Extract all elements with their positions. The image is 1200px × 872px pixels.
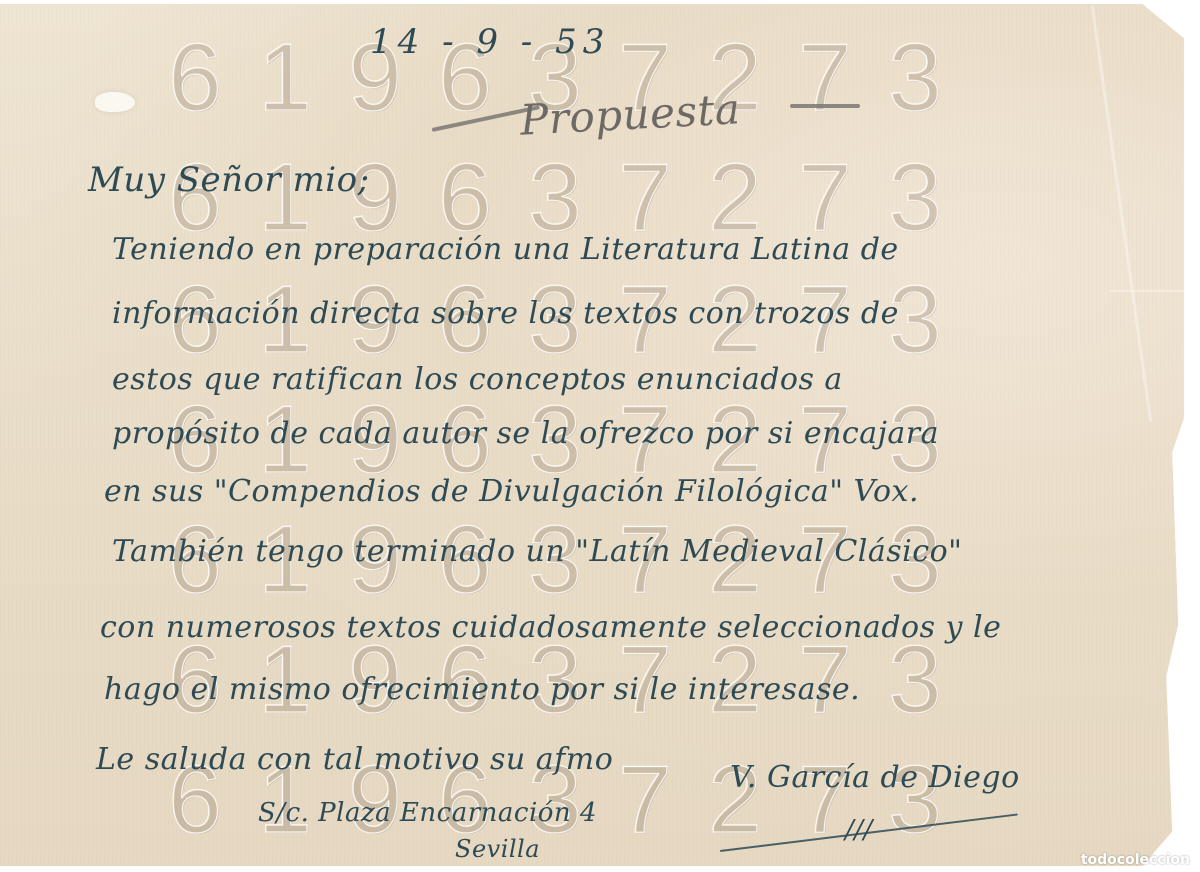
salutation: Muy Señor mio; — [88, 160, 370, 200]
body-line-5: en sus "Compendios de Divulgación Filoló… — [104, 474, 919, 509]
pencil-dash — [790, 104, 860, 108]
paper-fold — [1091, 6, 1152, 422]
body-line-2: información directa sobre los textos con… — [112, 296, 899, 331]
watermark-digit: 3 — [870, 30, 960, 126]
body-line-7: con numerosos textos cuidadosamente sele… — [100, 610, 1001, 645]
closing-line: Le saluda con tal motivo su afmo — [96, 742, 613, 777]
watermark-digit: 7 — [780, 30, 870, 126]
address-line-1: S/c. Plaza Encarnación 4 — [258, 798, 597, 828]
body-line-8: hago el mismo ofrecimiento por si le int… — [104, 672, 860, 707]
address-line-2: Sevilla — [455, 835, 540, 863]
signature-mark: /// — [845, 815, 873, 845]
signature: V. García de Diego — [730, 760, 1020, 795]
letter-date: 14 - 9 - 53 — [370, 22, 610, 62]
body-line-1: Teniendo en preparación una Literatura L… — [112, 232, 899, 267]
watermark-digit: 3 — [870, 632, 960, 728]
todocoleccion-logo: todocoleccion — [1081, 852, 1190, 868]
watermark-digit: 1 — [240, 30, 330, 126]
paper-fold — [1110, 290, 1190, 292]
watermark-digit: 7 — [600, 752, 690, 848]
watermark-digit: 6 — [150, 30, 240, 126]
body-line-4: propósito de cada autor se la ofrezco po… — [112, 416, 939, 451]
body-line-6: También tengo terminado un "Latín Mediev… — [112, 534, 962, 569]
paper-tear — [95, 92, 135, 112]
body-line-3: estos que ratifican los conceptos enunci… — [112, 362, 843, 397]
